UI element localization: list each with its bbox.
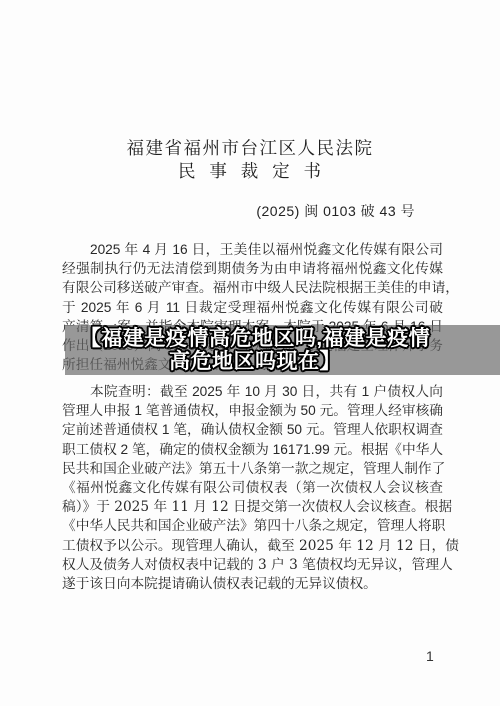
text-segment: 有限公司移送破产审查。福州市中级人民法院根据王美佳的申请， xyxy=(62,280,459,295)
text-segment: 职工债权 2 笔，确定的债权金额为 16171.99 元。根据《中华人 xyxy=(62,442,443,457)
text-segment: 管理人申报 1 笔普通债权，申报金额为 50 元。管理人经审核确 xyxy=(62,403,443,418)
document-page: 福建省福州市台江区人民法院 民 事 裁 定 书 (2025) 闽 0103 破 … xyxy=(0,0,500,706)
text-segment: 定前述普通债权 1 笔，确认债权金额 50 元。管理人依职权调查 xyxy=(62,422,443,437)
case-number: (2025) 闽 0103 破 43 号 xyxy=(256,201,415,221)
text-line: 管理人申报 1 笔普通债权，申报金额为 50 元。管理人经审核确 xyxy=(62,401,443,420)
caption-line-1: 【福建是疫情高危地区吗,福建是疫情 xyxy=(35,327,475,350)
text-segment: 管理人制作了 xyxy=(363,461,445,477)
text-segment: 《福州悦鑫文化传媒有限公司债权表（第一次债权人会议核查 xyxy=(62,480,443,495)
text-line: 有限公司移送破产审查。福州市中级人民法院根据王美佳的申请， xyxy=(62,278,443,297)
text-segment: 遂于该日向本院提请确认债权表记载的无异议债权。 xyxy=(62,576,377,592)
text-line: 权人及债务人对债权表中记载的 3 户 3 笔债权均无异议，管理人 xyxy=(62,555,443,574)
text-line: 本院查明：截至 2025 年 10 月 30 日，共有 1 户债权人向 xyxy=(62,382,443,401)
page-number: 1 xyxy=(426,648,434,664)
text-segment: 于 2025 年 6 月 11 日裁定受理福州悦鑫文化传媒有限公司破 xyxy=(62,300,443,315)
text-segment: 稿）》 xyxy=(62,499,96,514)
text-segment: 2025 年 4 月 16 日，王美佳以福州悦鑫文化传媒有限公司 xyxy=(62,242,443,257)
text-segment: 民共和国企业破产法》第五十八条第一款之规定， xyxy=(62,461,363,476)
text-line: 工债权予以公示。现管理人确认，截至 2025 年 12 月 12 日，债 xyxy=(62,536,443,555)
text-line: 《中华人民共和国企业破产法》第四十八条之规定，管理人将职 xyxy=(62,516,443,535)
text-line: 定前述普通债权 1 笔，确认债权金额 50 元。管理人依职权调查 xyxy=(62,420,443,439)
caption-line-2: 高危地区吗现在】 xyxy=(35,350,475,373)
text-line: 2025 年 4 月 16 日，王美佳以福州悦鑫文化传媒有限公司 xyxy=(62,240,443,259)
document-type-title: 民 事 裁 定 书 xyxy=(0,158,500,183)
text-line: 于 2025 年 6 月 11 日裁定受理福州悦鑫文化传媒有限公司破 xyxy=(62,298,443,317)
text-segment: 现管理人确认，截至 2025 年 12 月 12 日，债 xyxy=(172,538,459,554)
text-line: 职工债权 2 笔，确定的债权金额为 16171.99 元。根据《中华人 xyxy=(62,440,443,459)
text-segment: 工债权予以公示。 xyxy=(62,538,172,553)
text-segment: 管理人将职 xyxy=(377,518,445,534)
text-line: 遂于该日向本院提请确认债权表记载的无异议债权。 xyxy=(62,574,443,593)
text-segment: 权人及债务人对债权表中记载的 3 户 3 笔债权均无异议，管理人 xyxy=(62,557,453,573)
text-segment: 《中华人民共和国企业破产法》第四十八条之规定， xyxy=(62,518,377,533)
text-segment: 于 2025 年 11 月 12 日提交第一次债权人会议核查。根据 xyxy=(96,499,452,515)
text-line: 稿）》于 2025 年 11 月 12 日提交第一次债权人会议核查。根据 xyxy=(62,497,443,516)
text-line: 《福州悦鑫文化传媒有限公司债权表（第一次债权人会议核查 xyxy=(62,478,443,497)
text-segment: 本院查明：截至 2025 年 10 月 30 日，共有 1 户债权人向 xyxy=(62,384,443,399)
caption-overlay-text: 【福建是疫情高危地区吗,福建是疫情 高危地区吗现在】 xyxy=(35,327,475,375)
paragraph-court-findings: 本院查明：截至 2025 年 10 月 30 日，共有 1 户债权人向管理人申报… xyxy=(62,382,443,593)
court-name: 福建省福州市台江区人民法院 xyxy=(0,135,500,160)
text-line: 经强制执行仍无法清偿到期债务为由申请将福州悦鑫文化传媒 xyxy=(62,259,443,278)
text-line: 民共和国企业破产法》第五十八条第一款之规定，管理人制作了 xyxy=(62,459,443,478)
text-segment: 经强制执行仍无法清偿到期债务为由申请将福州悦鑫文化传媒 xyxy=(62,261,443,276)
